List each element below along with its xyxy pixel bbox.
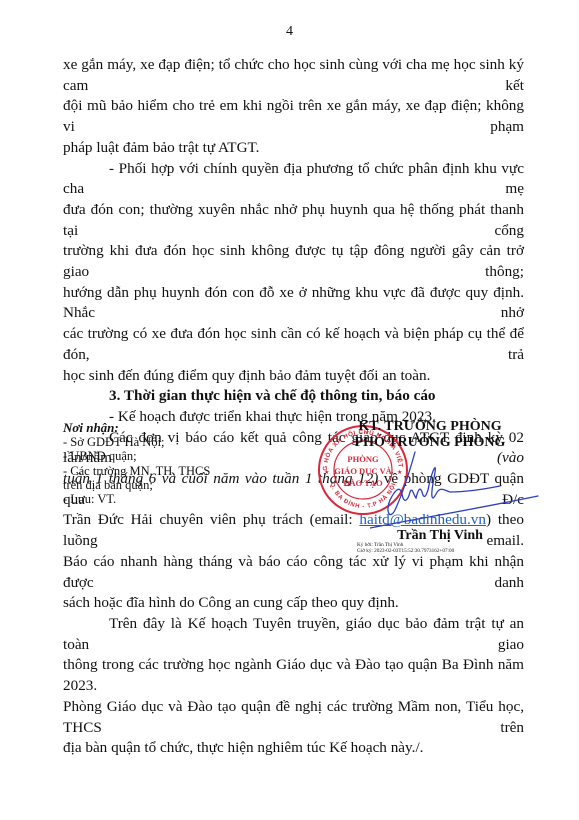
document-body: xe gắn máy, xe đạp điện; tổ chức cho học… [63,55,524,759]
body-line: Phòng Giáo dục và Đào tạo quận đề nghị c… [63,697,524,738]
recipients-block: Nơi nhận: - Sở GDĐT Hà Nội; - UBND quận;… [63,421,263,506]
recipients-title: Nơi nhận: [63,421,263,435]
body-line: thông trong các trường học ngành Giáo dụ… [63,655,524,696]
signature-title-1: KT. TRƯỞNG PHÒNG [330,419,530,435]
body-line: Trên đây là Kế hoạch Tuyên truyền, giáo … [63,614,524,655]
body-line: các trường có xe đưa đón học sinh cần có… [63,324,524,365]
svg-text:★: ★ [324,469,329,476]
body-line: hướng dẫn phụ huynh đón con đỗ xe ở nhữn… [63,283,524,324]
body-line: học sinh đến đúng điểm quy định bảo đảm … [63,366,524,387]
body-line: trường khi đưa đón học sinh không được t… [63,241,524,282]
recipient-item: - UBND quận; [63,449,263,463]
recipient-item: - Các trường MN, TH, THCS trên địa bàn q… [63,464,228,492]
text-span: Trần Đức Hải chuyên viên phụ trách (emai… [63,511,359,528]
signed-time: Giờ ký: 2023-02-03T15:52:30.7973162+07:0… [357,548,454,554]
recipient-item: - Sở GDĐT Hà Nội; [63,435,263,449]
signature-title-2: PHÓ TRƯỞNG PHÒNG [330,435,530,451]
section-heading: 3. Thời gian thực hiện và chế độ thông t… [63,386,524,407]
body-line: Báo cáo nhanh hàng tháng và báo cáo công… [63,552,524,593]
body-line: sách hoặc đĩa hình do Công an cung cấp t… [63,593,524,614]
body-line: địa bàn quận tổ chức, thực hiện nghiêm t… [63,738,524,759]
page-number: 4 [0,24,579,40]
body-line: pháp luật đảm bảo trật tự ATGT. [63,138,524,159]
body-line: đưa đón con; thường xuyên nhắc nhở phụ h… [63,200,524,241]
signature-title-block: KT. TRƯỞNG PHÒNG PHÓ TRƯỞNG PHÒNG [330,419,530,450]
handwritten-signature-icon [370,450,540,530]
body-line: đội mũ bảo hiểm cho trẻ em khi ngồi trên… [63,96,524,137]
body-line: xe gắn máy, xe đạp điện; tổ chức cho học… [63,55,524,96]
digital-signature-info: Ký bởi: Trần Thị Vinh Giờ ký: 2023-02-03… [357,542,454,554]
body-line: - Phối hợp với chính quyền địa phương tổ… [63,159,524,200]
recipient-item: - Lưu: VT. [63,492,263,506]
